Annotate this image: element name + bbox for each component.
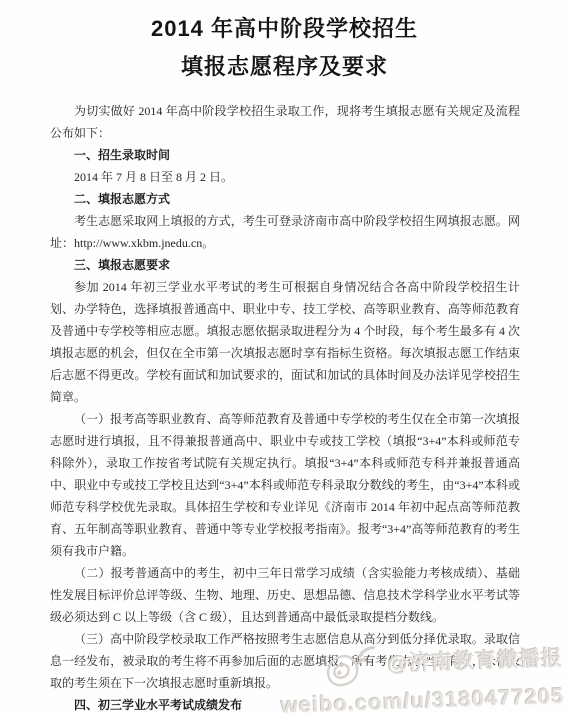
document-title: 2014 年高中阶段学校招生 填报志愿程序及要求 [0,10,569,86]
paragraph-intro: 为切实做好 2014 年高中阶段学校招生录取工作，现将考生填报志愿有关规定及流程… [50,100,520,144]
document-title-line-2: 填报志愿程序及要求 [0,48,569,86]
section-heading-3-requirements: 三、填报志愿要求 [50,254,520,276]
paragraph-item-1-vocational: （一）报考高等职业教育、高等师范教育及普通中专学校的考生仅在全市第一次填报志愿时… [50,408,520,562]
paragraph-requirements-general: 参加 2014 年初三学业水平考试的考生可根据自身情况结合各高中阶段学校招生计划… [50,276,520,408]
document-title-line-1: 2014 年高中阶段学校招生 [0,10,569,48]
paragraph-online-filing-url: 考生志愿采取网上填报的方式，考生可登录济南市高中阶段学校招生网填报志愿。网址：h… [50,210,520,254]
paragraph-item-2-regular-high: （二）报考普通高中的考生，初中三年日常学习成绩（含实验能力考核成绩）、基础性发展… [50,562,520,628]
document-body: 为切实做好 2014 年高中阶段学校招生录取工作，现将考生填报志愿有关规定及流程… [50,100,520,716]
section-heading-1-admission-time: 一、招生录取时间 [50,144,520,166]
paragraph-admission-dates: 2014 年 7 月 8 日至 8 月 2 日。 [50,166,520,188]
paragraph-item-3-admission-order: （三）高中阶段学校录取工作严格按照考生志愿信息从高分到低分择优录取。录取信息一经… [50,628,520,694]
document-page: 2014 年高中阶段学校招生 填报志愿程序及要求 为切实做好 2014 年高中阶… [0,0,569,716]
section-heading-4-score-release: 四、初三学业水平考试成绩发布 [50,694,520,716]
section-heading-2-filing-method: 二、填报志愿方式 [50,188,520,210]
